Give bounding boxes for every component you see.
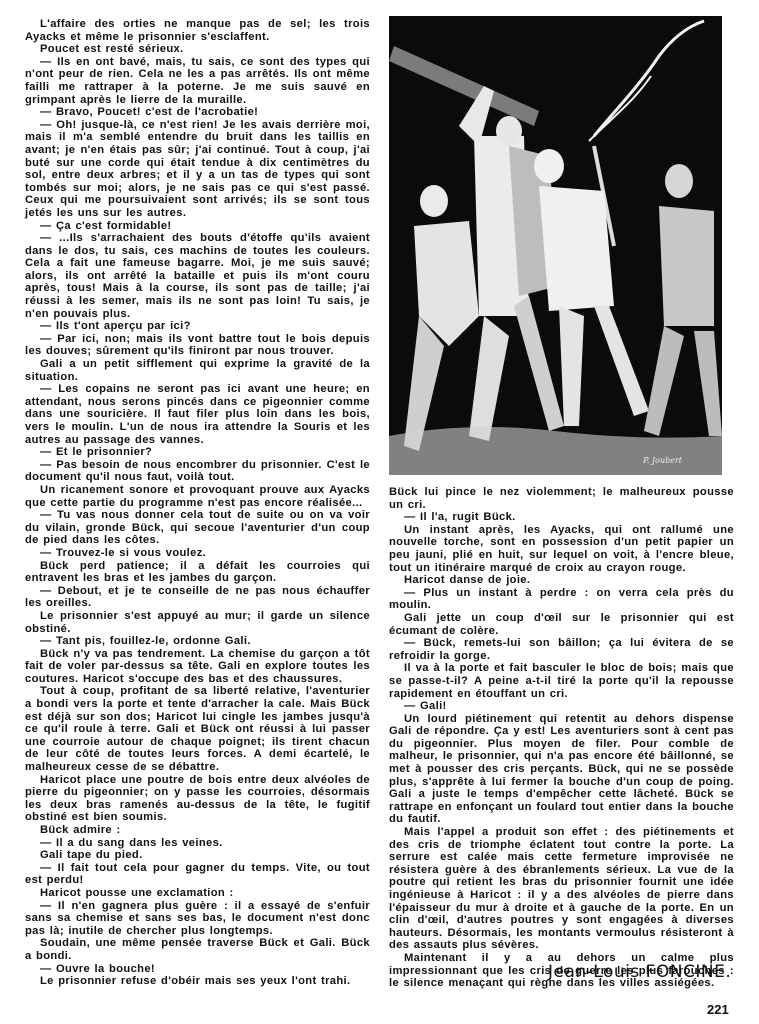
paragraph: — Ça c'est formidable! [25, 220, 370, 233]
paragraph: Bück admire : [25, 824, 370, 837]
paragraph: Un ricanement sonore et provoquant prouv… [25, 484, 370, 509]
paragraph: — Pas besoin de nous encombrer du prison… [25, 459, 370, 484]
paragraph: Haricot danse de joie. [389, 574, 734, 587]
paragraph: — Trouvez-le si vous voulez. [25, 547, 370, 560]
paragraph: — Et le prisonnier? [25, 446, 370, 459]
paragraph: Soudain, une même pensée traverse Bück e… [25, 937, 370, 962]
story-illustration: P. Joubert [389, 16, 722, 475]
paragraph: Haricot place une poutre de bois entre d… [25, 774, 370, 824]
paragraph: — Gali! [389, 700, 734, 713]
paragraph: Gali jette un coup d'œil sur le prisonni… [389, 612, 734, 637]
paragraph: — Tu vas nous donner cela tout de suite … [25, 509, 370, 547]
paragraph: — Ouvre la bouche! [25, 963, 370, 976]
paragraph: L'affaire des orties ne manque pas de se… [25, 18, 370, 43]
illustration-drawing [389, 16, 722, 475]
paragraph: — Oh! jusque-là, ce n'est rien! Je les a… [25, 119, 370, 220]
paragraph: Haricot pousse une exclamation : [25, 887, 370, 900]
paragraph: Gali tape du pied. [25, 849, 370, 862]
paragraph: — Debout, et je te conseille de ne pas n… [25, 585, 370, 610]
paragraph: Un lourd piétinement qui retentit au deh… [389, 713, 734, 826]
paragraph: — Bravo, Poucet! c'est de l'acrobatie! [25, 106, 370, 119]
left-text-column: L'affaire des orties ne manque pas de se… [25, 18, 370, 988]
paragraph: Le prisonnier s'est appuyé au mur; il ga… [25, 610, 370, 635]
paragraph: — Il l'a, rugit Bück. [389, 511, 734, 524]
paragraph: — Il fait tout cela pour gagner du temps… [25, 862, 370, 887]
author-signature: Jean-Louis FONCINE. [548, 962, 731, 982]
illustration-signature: P. Joubert [643, 456, 682, 465]
paragraph: Bück lui pince le nez violemment; le mal… [389, 486, 734, 511]
paragraph: — Par ici, non; mais ils vont battre tou… [25, 333, 370, 358]
paragraph: Gali a un petit sifflement qui exprime l… [25, 358, 370, 383]
paragraph: Bück perd patience; il a défait les cour… [25, 560, 370, 585]
page-number: 221 [707, 1002, 729, 1017]
paragraph: — Ils en ont bavé, mais, tu sais, ce son… [25, 56, 370, 106]
paragraph: Il va à la porte et fait basculer le blo… [389, 662, 734, 700]
paragraph: — Ils t'ont aperçu par ici? [25, 320, 370, 333]
paragraph: — Bück, remets-lui son bâillon; ça lui é… [389, 637, 734, 662]
paragraph: — Plus un instant à perdre : on verra ce… [389, 587, 734, 612]
paragraph: — ...Ils s'arrachaient des bouts d'étoff… [25, 232, 370, 320]
paragraph: — Les copains ne seront pas ici avant un… [25, 383, 370, 446]
paragraph: Tout à coup, profitant de sa liberté rel… [25, 685, 370, 773]
paragraph: Un instant après, les Ayacks, qui ont ra… [389, 524, 734, 574]
paragraph: Mais l'appel a produit son effet : des p… [389, 826, 734, 952]
right-text-column: Bück lui pince le nez violemment; le mal… [389, 486, 734, 990]
paragraph: — Il n'en gagnera plus guère : il a essa… [25, 900, 370, 938]
paragraph: Le prisonnier refuse d'obéir mais ses ye… [25, 975, 370, 988]
paragraph: — Il a du sang dans les veines. [25, 837, 370, 850]
paragraph: Poucet est resté sérieux. [25, 43, 370, 56]
paragraph: Bück n'y va pas tendrement. La chemise d… [25, 648, 370, 686]
paragraph: — Tant pis, fouillez-le, ordonne Gali. [25, 635, 370, 648]
